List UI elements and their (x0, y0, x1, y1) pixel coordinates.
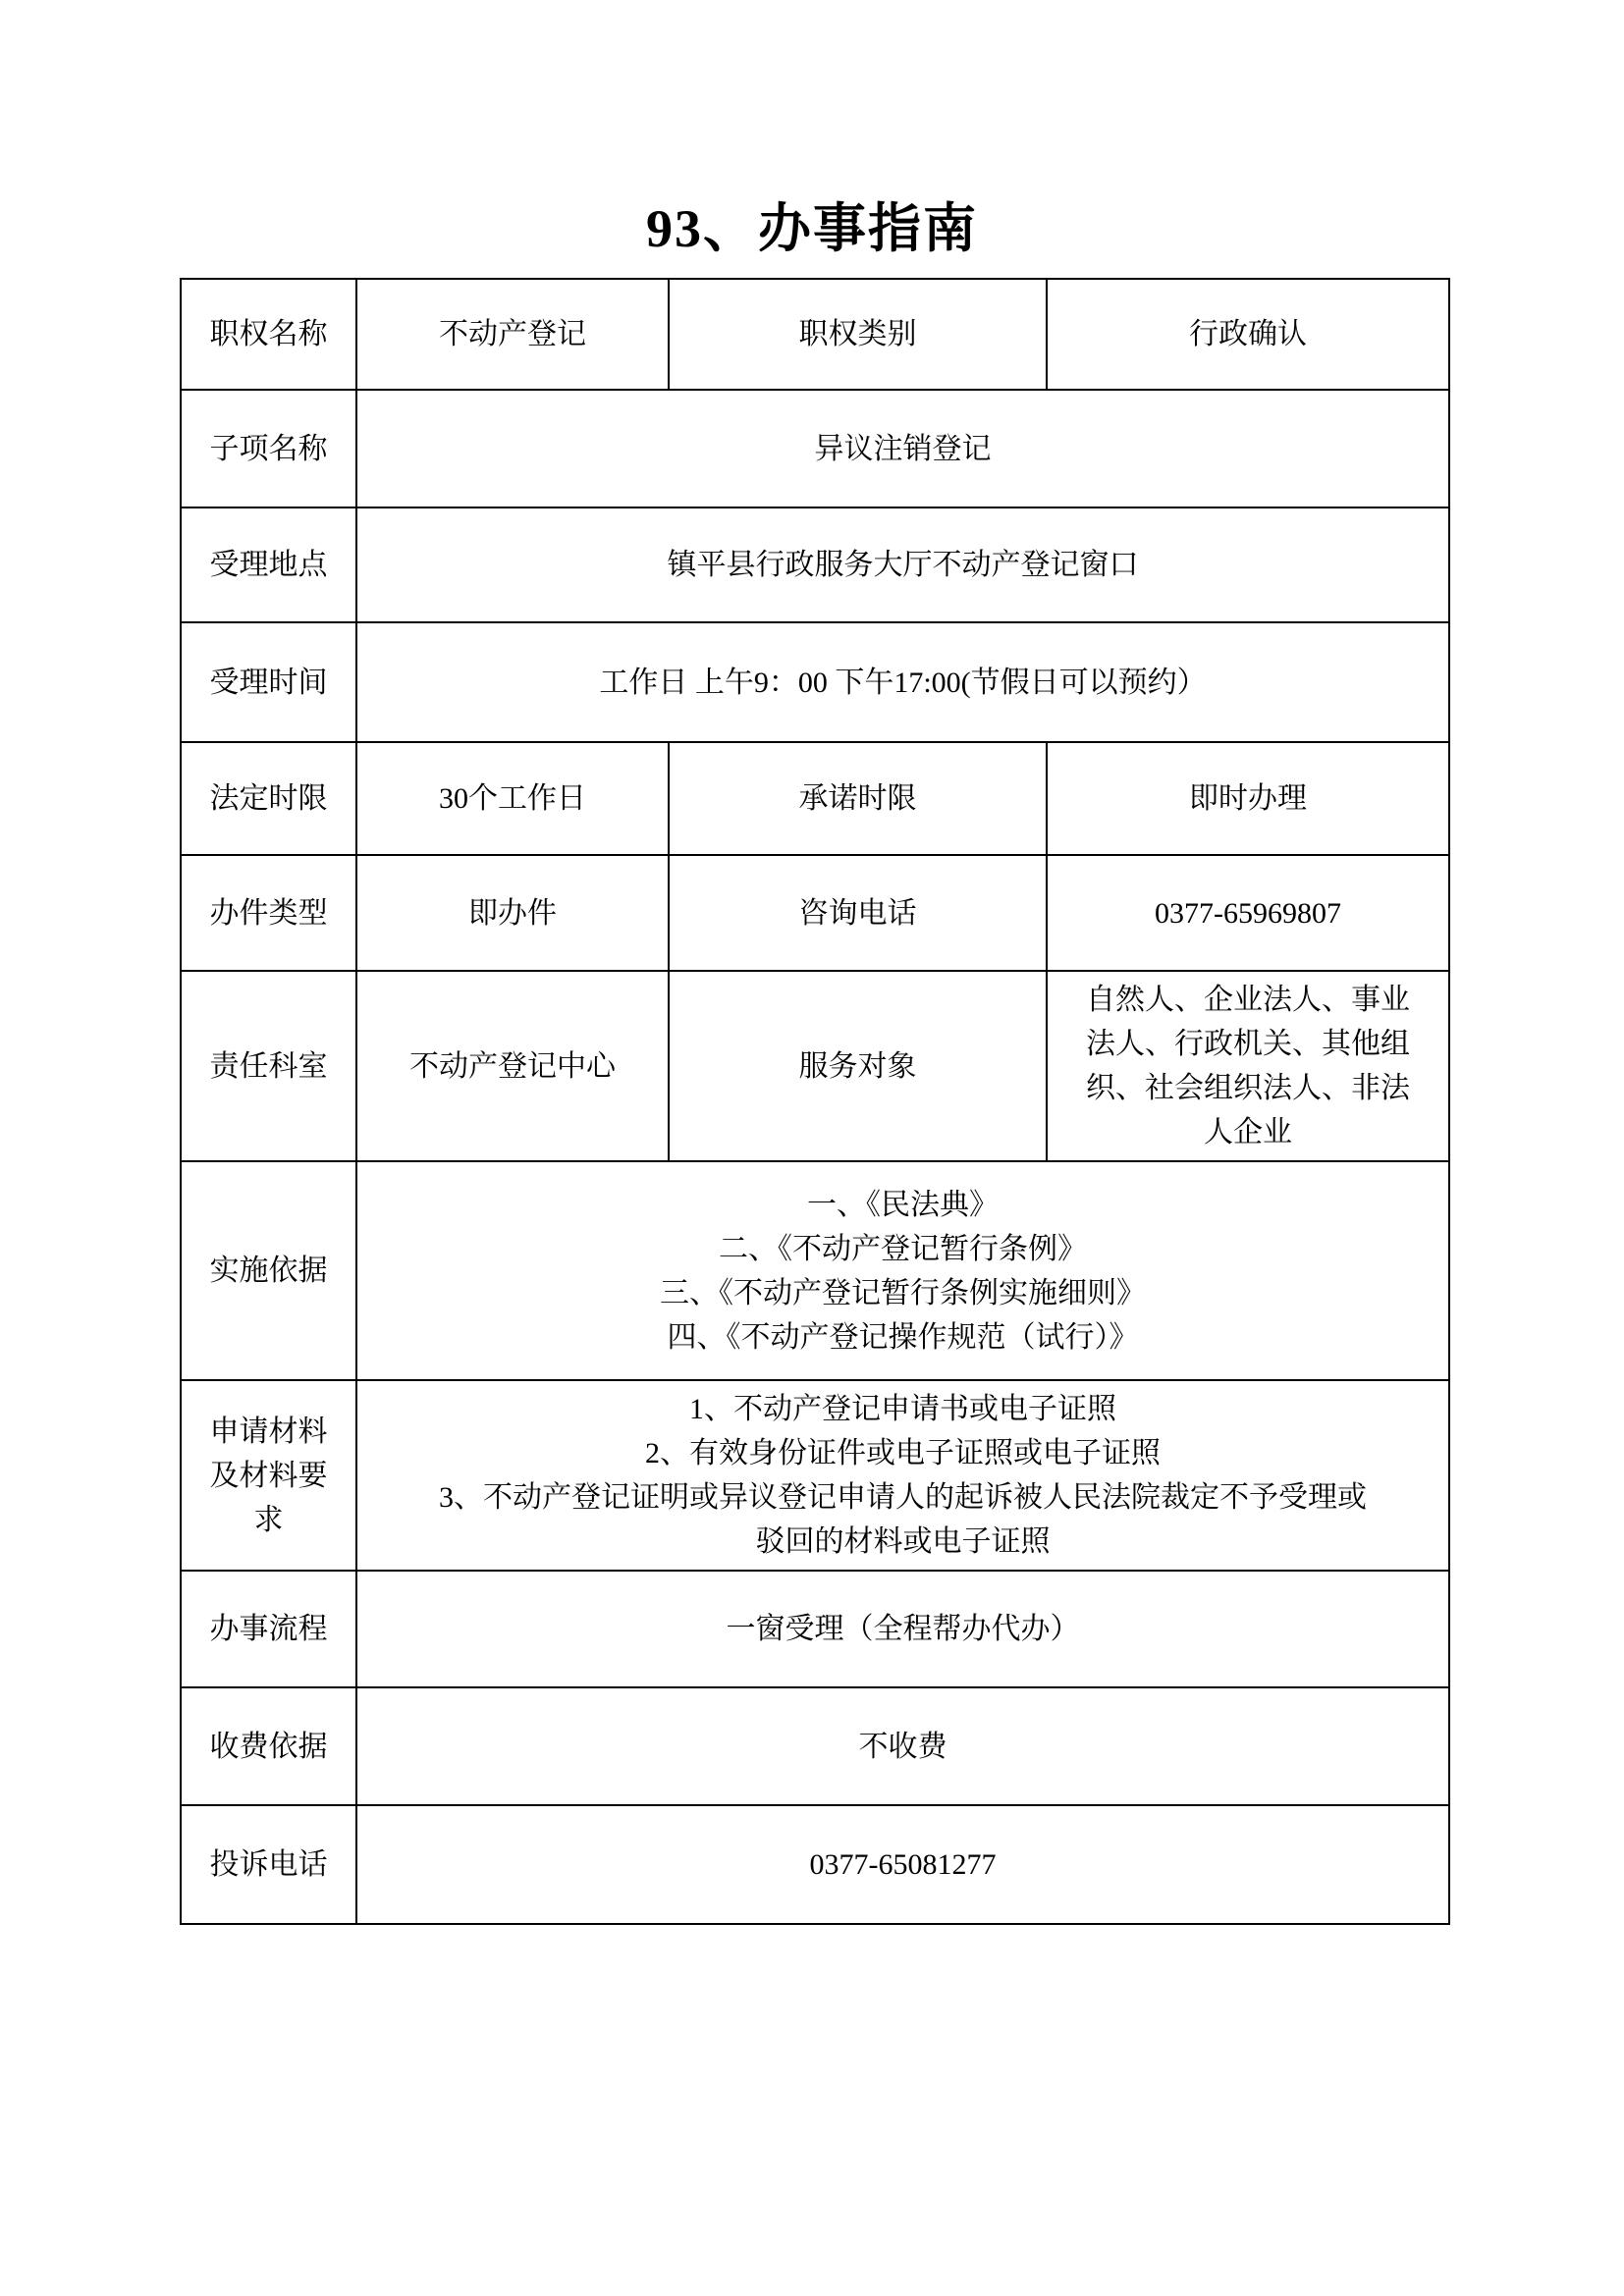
responsible-dept-value: 不动产登记中心 (356, 971, 669, 1161)
consult-phone-label: 咨询电话 (669, 855, 1047, 971)
service-target-label: 服务对象 (669, 971, 1047, 1161)
service-guide-table: 职权名称 不动产登记 职权类别 行政确认 子项名称 异议注销登记 受理地点 镇平… (180, 278, 1450, 1925)
promise-limit-label: 承诺时限 (669, 742, 1047, 855)
subitem-name-value: 异议注销登记 (356, 390, 1449, 507)
authority-name-label: 职权名称 (181, 279, 356, 390)
accept-time-label: 受理时间 (181, 622, 356, 742)
authority-name-value: 不动产登记 (356, 279, 669, 390)
complaint-phone-value: 0377-65081277 (356, 1805, 1449, 1924)
subitem-name-label: 子项名称 (181, 390, 356, 507)
table-row-location: 受理地点 镇平县行政服务大厅不动产登记窗口 (181, 507, 1449, 622)
table-row-case-type: 办件类型 即办件 咨询电话 0377-65969807 (181, 855, 1449, 971)
process-label: 办事流程 (181, 1571, 356, 1687)
accept-time-value: 工作日 上午9：00 下午17:00(节假日可以预约） (356, 622, 1449, 742)
responsible-dept-label: 责任科室 (181, 971, 356, 1161)
legal-limit-value: 30个工作日 (356, 742, 669, 855)
accept-location-label: 受理地点 (181, 507, 356, 622)
accept-location-value: 镇平县行政服务大厅不动产登记窗口 (356, 507, 1449, 622)
table-row-legal-basis: 实施依据 一、《民法典》 二、《不动产登记暂行条例》 三、《不动产登记暂行条例实… (181, 1161, 1449, 1380)
consult-phone-value: 0377-65969807 (1047, 855, 1449, 971)
process-value: 一窗受理（全程帮办代办） (356, 1571, 1449, 1687)
document-page: 93、办事指南 职权名称 不动产登记 职权类别 行政确认 子项名称 异议注销登记… (0, 0, 1624, 2296)
fee-basis-label: 收费依据 (181, 1687, 356, 1805)
authority-type-label: 职权类别 (669, 279, 1047, 390)
authority-type-value: 行政确认 (1047, 279, 1449, 390)
implement-basis-label: 实施依据 (181, 1161, 356, 1380)
materials-label: 申请材料及材料要求 (181, 1380, 356, 1571)
service-target-value: 自然人、企业法人、事业 法人、行政机关、其他组 织、社会组织法人、非法 人企业 (1047, 971, 1449, 1161)
case-type-value: 即办件 (356, 855, 669, 971)
table-row-authority: 职权名称 不动产登记 职权类别 行政确认 (181, 279, 1449, 390)
table-row-materials: 申请材料及材料要求 1、不动产登记申请书或电子证照 2、有效身份证件或电子证照或… (181, 1380, 1449, 1571)
materials-value: 1、不动产登记申请书或电子证照 2、有效身份证件或电子证照或电子证照 3、不动产… (356, 1380, 1449, 1571)
page-title: 93、办事指南 (0, 194, 1624, 263)
complaint-phone-label: 投诉电话 (181, 1805, 356, 1924)
fee-basis-value: 不收费 (356, 1687, 1449, 1805)
table-row-time: 受理时间 工作日 上午9：00 下午17:00(节假日可以预约） (181, 622, 1449, 742)
table-row-time-limit: 法定时限 30个工作日 承诺时限 即时办理 (181, 742, 1449, 855)
case-type-label: 办件类型 (181, 855, 356, 971)
promise-limit-value: 即时办理 (1047, 742, 1449, 855)
legal-limit-label: 法定时限 (181, 742, 356, 855)
table-row-subitem: 子项名称 异议注销登记 (181, 390, 1449, 507)
table-row-fee: 收费依据 不收费 (181, 1687, 1449, 1805)
table-row-process: 办事流程 一窗受理（全程帮办代办） (181, 1571, 1449, 1687)
table-row-complaint: 投诉电话 0377-65081277 (181, 1805, 1449, 1924)
table-row-department: 责任科室 不动产登记中心 服务对象 自然人、企业法人、事业 法人、行政机关、其他… (181, 971, 1449, 1161)
implement-basis-value: 一、《民法典》 二、《不动产登记暂行条例》 三、《不动产登记暂行条例实施细则》 … (356, 1161, 1449, 1380)
